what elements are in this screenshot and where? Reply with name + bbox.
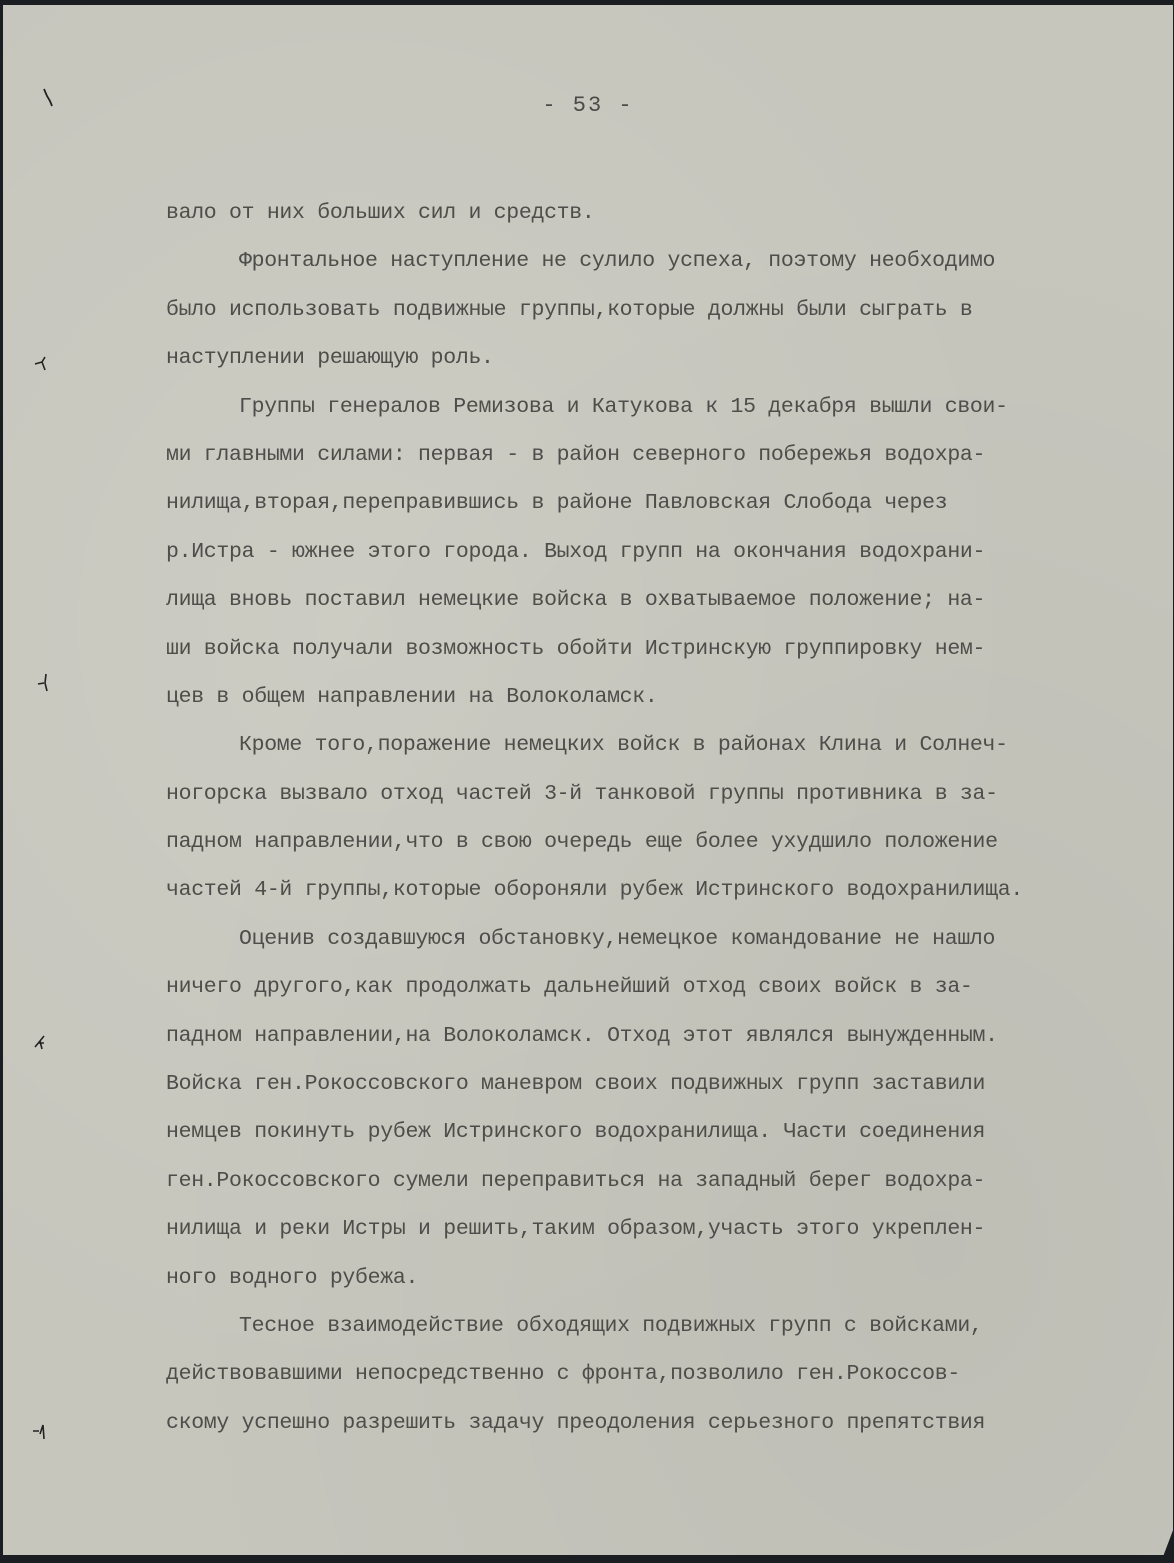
binding-hole-icon	[33, 1033, 47, 1055]
text-line: вало от них больших сил и средств.	[166, 189, 1156, 237]
text-line: ген.Рокоссовского сумели переправиться н…	[166, 1157, 1156, 1205]
text-line: Фронтальное наступление не сулило успеха…	[166, 237, 1156, 285]
text-line: ногорска вызвало отход частей 3-й танков…	[166, 770, 1156, 818]
text-line: действовавшими непосредственно с фронта,…	[166, 1350, 1156, 1398]
binding-hole-icon	[33, 353, 47, 375]
text-line: падном направлении,на Волоколамск. Отход…	[166, 1012, 1156, 1060]
text-line: было использовать подвижные группы,котор…	[166, 286, 1156, 334]
text-line: наступлении решающую роль.	[166, 334, 1156, 382]
text-line: ши войска получали возможность обойти Ис…	[166, 625, 1156, 673]
text-line: нилища,вторая,переправившись в районе Па…	[166, 479, 1156, 527]
text-line: немцев покинуть рубеж Истринского водохр…	[166, 1108, 1156, 1156]
text-line: ми главными силами: первая - в район сев…	[166, 431, 1156, 479]
text-line: цев в общем направлении на Волоколамск.	[166, 673, 1156, 721]
text-line: частей 4-й группы,которые обороняли рубе…	[166, 866, 1156, 914]
body-text: вало от них больших сил и средств.Фронта…	[166, 189, 1156, 1447]
text-line: Войска ген.Рокоссовского маневром своих …	[166, 1060, 1156, 1108]
text-line: падном направлении,что в свою очередь ещ…	[166, 818, 1156, 866]
text-line: ничего другого,как продолжать дальнейший…	[166, 963, 1156, 1011]
binding-hole-icon	[41, 87, 55, 109]
page-number: - 53 -	[3, 93, 1173, 118]
text-line: скому успешно разрешить задачу преодолен…	[166, 1399, 1156, 1447]
binding-hole-icon	[33, 1421, 47, 1443]
text-line: нилища и реки Истры и решить,таким образ…	[166, 1205, 1156, 1253]
text-line: Тесное взаимодействие обходящих подвижны…	[166, 1302, 1156, 1350]
text-line: р.Истра - южнее этого города. Выход груп…	[166, 528, 1156, 576]
text-line: Оценив создавшуюся обстановку,немецкое к…	[166, 915, 1156, 963]
text-line: Кроме того,поражение немецких войск в ра…	[166, 721, 1156, 769]
text-line: Группы генералов Ремизова и Катукова к 1…	[166, 383, 1156, 431]
document-page: - 53 - вало от них больших сил и средств…	[3, 5, 1173, 1555]
text-line: ного водного рубежа.	[166, 1254, 1156, 1302]
text-line: лища вновь поставил немецкие войска в ох…	[166, 576, 1156, 624]
binding-hole-icon	[37, 671, 51, 693]
